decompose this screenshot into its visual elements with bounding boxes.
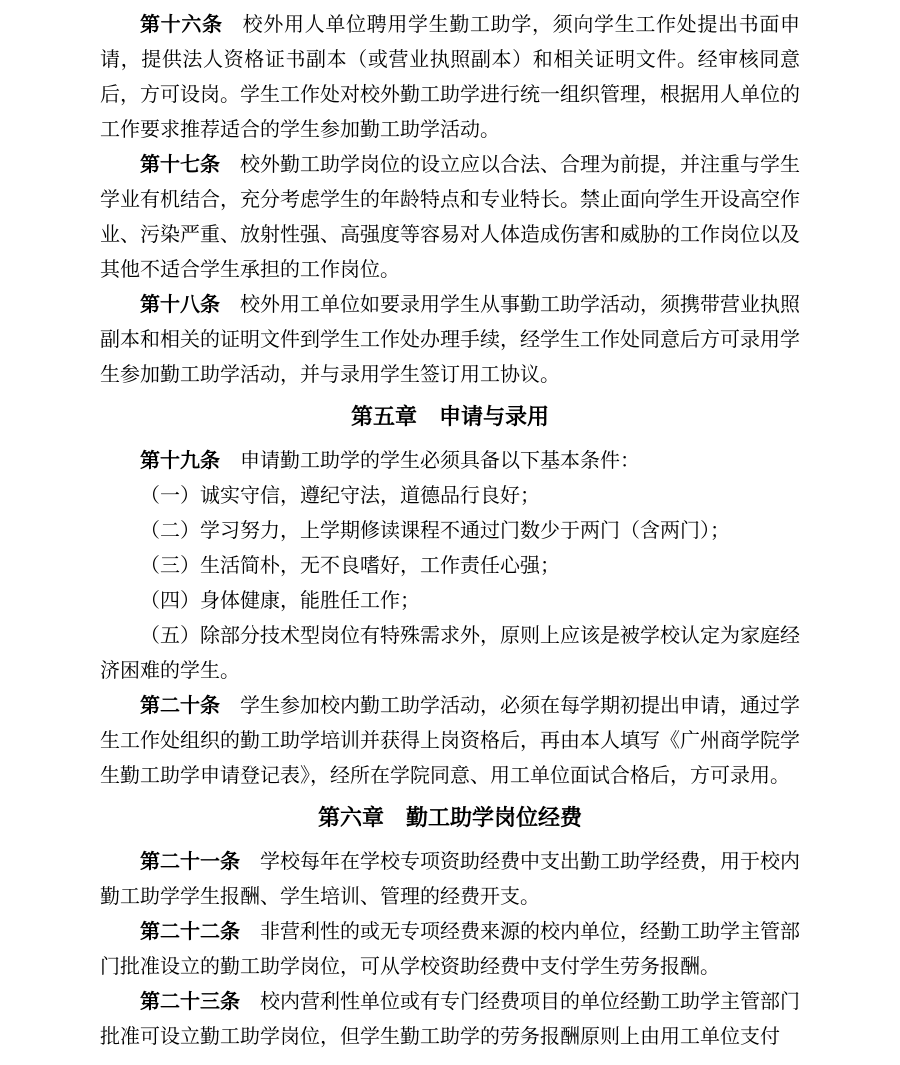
article-paragraph: 第二十三条校内营利性单位或有专门经费项目的单位经勤工助学主管部门批准可设立勤工助… (100, 985, 800, 1055)
article-text: （五）除部分技术型岗位有特殊需求外，原则上应该是被学校认定为家庭经济困难的学生。 (100, 625, 800, 682)
article-number: 第二十一条 (140, 851, 240, 873)
article-number: 第二十条 (140, 695, 220, 717)
article-text: 申请勤工助学的学生必须具备以下基本条件： (240, 450, 640, 472)
list-item: （一）诚实守信，遵纪守法，道德品行良好； (100, 479, 800, 514)
article-text: （四）身体健康，能胜任工作； (140, 590, 420, 612)
article-text: （二）学习努力，上学期修读课程不通过门数少于两门（含两门）； (140, 520, 730, 542)
article-number: 第十六条 (140, 14, 223, 36)
article-paragraph: 第十七条校外勤工助学岗位的设立应以合法、合理为前提，并注重与学生学业有机结合，充… (100, 148, 800, 288)
article-text: （一）诚实守信，遵纪守法，道德品行良好； (140, 485, 540, 507)
article-text: （三）生活简朴，无不良嗜好，工作责任心强； (140, 555, 560, 577)
article-paragraph: 第二十条学生参加校内勤工助学活动，必须在每学期初提出申请，通过学生工作处组织的勤… (100, 689, 800, 794)
article-paragraph: 第十八条校外用工单位如要录用学生从事勤工助学活动，须携带营业执照副本和相关的证明… (100, 288, 800, 393)
article-paragraph: 第十九条申请勤工助学的学生必须具备以下基本条件： (100, 444, 800, 479)
article-paragraph: 第十六条校外用人单位聘用学生勤工助学，须向学生工作处提出书面申请，提供法人资格证… (100, 8, 800, 148)
document-body: 第十六条校外用人单位聘用学生勤工助学，须向学生工作处提出书面申请，提供法人资格证… (100, 8, 800, 1055)
list-item: （二）学习努力，上学期修读课程不通过门数少于两门（含两门）； (100, 514, 800, 549)
article-number: 第十七条 (140, 154, 220, 176)
article-paragraph: 第二十一条学校每年在学校专项资助经费中支出勤工助学经费，用于校内勤工助学学生报酬… (100, 845, 800, 915)
article-number: 第二十三条 (140, 991, 240, 1013)
list-item: （四）身体健康，能胜任工作； (100, 584, 800, 619)
chapter-heading: 第五章 申请与录用 (100, 399, 800, 435)
list-item: （三）生活简朴，无不良嗜好，工作责任心强； (100, 549, 800, 584)
article-paragraph: 第二十二条非营利性的或无专项经费来源的校内单位，经勤工助学主管部门批准设立的勤工… (100, 915, 800, 985)
document-page: 第十六条校外用人单位聘用学生勤工助学，须向学生工作处提出书面申请，提供法人资格证… (0, 0, 900, 1065)
article-number: 第二十二条 (140, 921, 240, 943)
chapter-heading: 第六章 勤工助学岗位经费 (100, 800, 800, 836)
article-number: 第十八条 (140, 294, 220, 316)
list-item: （五）除部分技术型岗位有特殊需求外，原则上应该是被学校认定为家庭经济困难的学生。 (100, 619, 800, 689)
article-number: 第十九条 (140, 450, 220, 472)
